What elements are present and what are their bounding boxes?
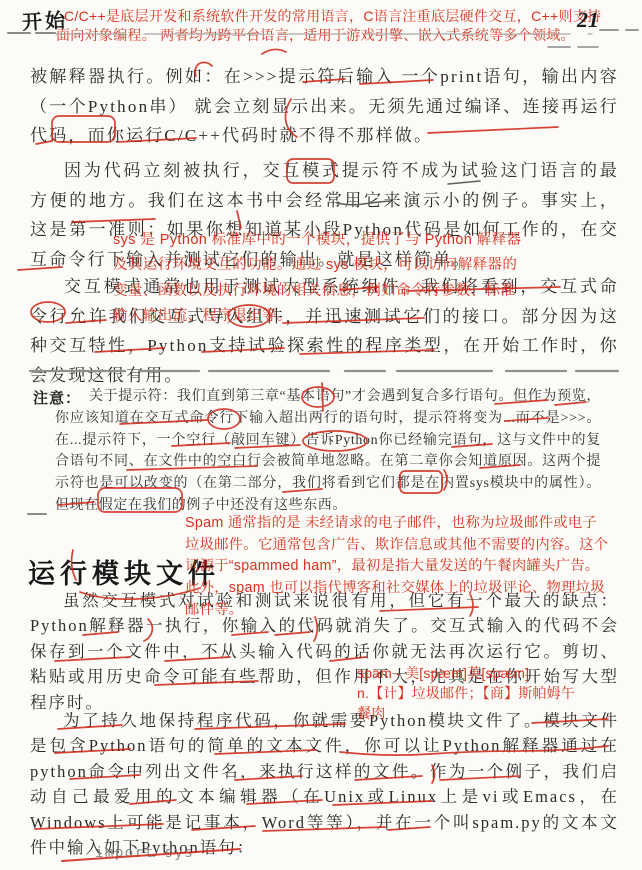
spam-dictionary-annotation: spam - 美[spæm]英[spæm] n.【计】垃圾邮件；【商】斯帕姆午餐… <box>357 663 579 723</box>
spam-dictionary-line1: spam - 美[spæm]英[spæm] <box>357 663 579 683</box>
note-text: 关于提示符：我们直到第三章“基本语句”才会遇到复合多行语句。但作为预览，你应该知… <box>55 386 601 517</box>
spam-etymology-annotation: Spam 通常指的是 未经请求的电子邮件，也称为垃圾邮件或电子垃圾邮件。它通常包… <box>185 513 609 622</box>
sys-module-annotation: sys 是 Python 标准库中的一个模块，提供了与 Python 解释器及其… <box>113 228 527 329</box>
scanned-book-page: 开始 C/C++是底层开发和系统软件开发的常用语言，C语言注重底层硬件交互，C+… <box>0 0 642 870</box>
code-line: import sys <box>95 845 194 861</box>
paragraph-interpreter-execution: 被解释器执行。例如：在>>>提示符后输入 一个print语句，输出内容（一个Py… <box>30 62 619 151</box>
spam-dictionary-line2: n.【计】垃圾邮件；【商】斯帕姆午餐肉 <box>357 683 579 723</box>
page-number: 21 <box>577 7 599 33</box>
paragraph-module-files: 为了持久地保持程序代码，你就需要Python模块文件了。模块文件是包含Pytho… <box>30 708 619 860</box>
header-annotation-line2: 面向对象编程。 两者均为跨平台语言，适用于游戏引擎、嵌入式系统等多个领域。 <box>56 25 575 45</box>
header-annotation-line1: C/C++是底层开发和系统软件开发的常用语言，C语言注重底层硬件交互，C++则支… <box>64 6 601 26</box>
